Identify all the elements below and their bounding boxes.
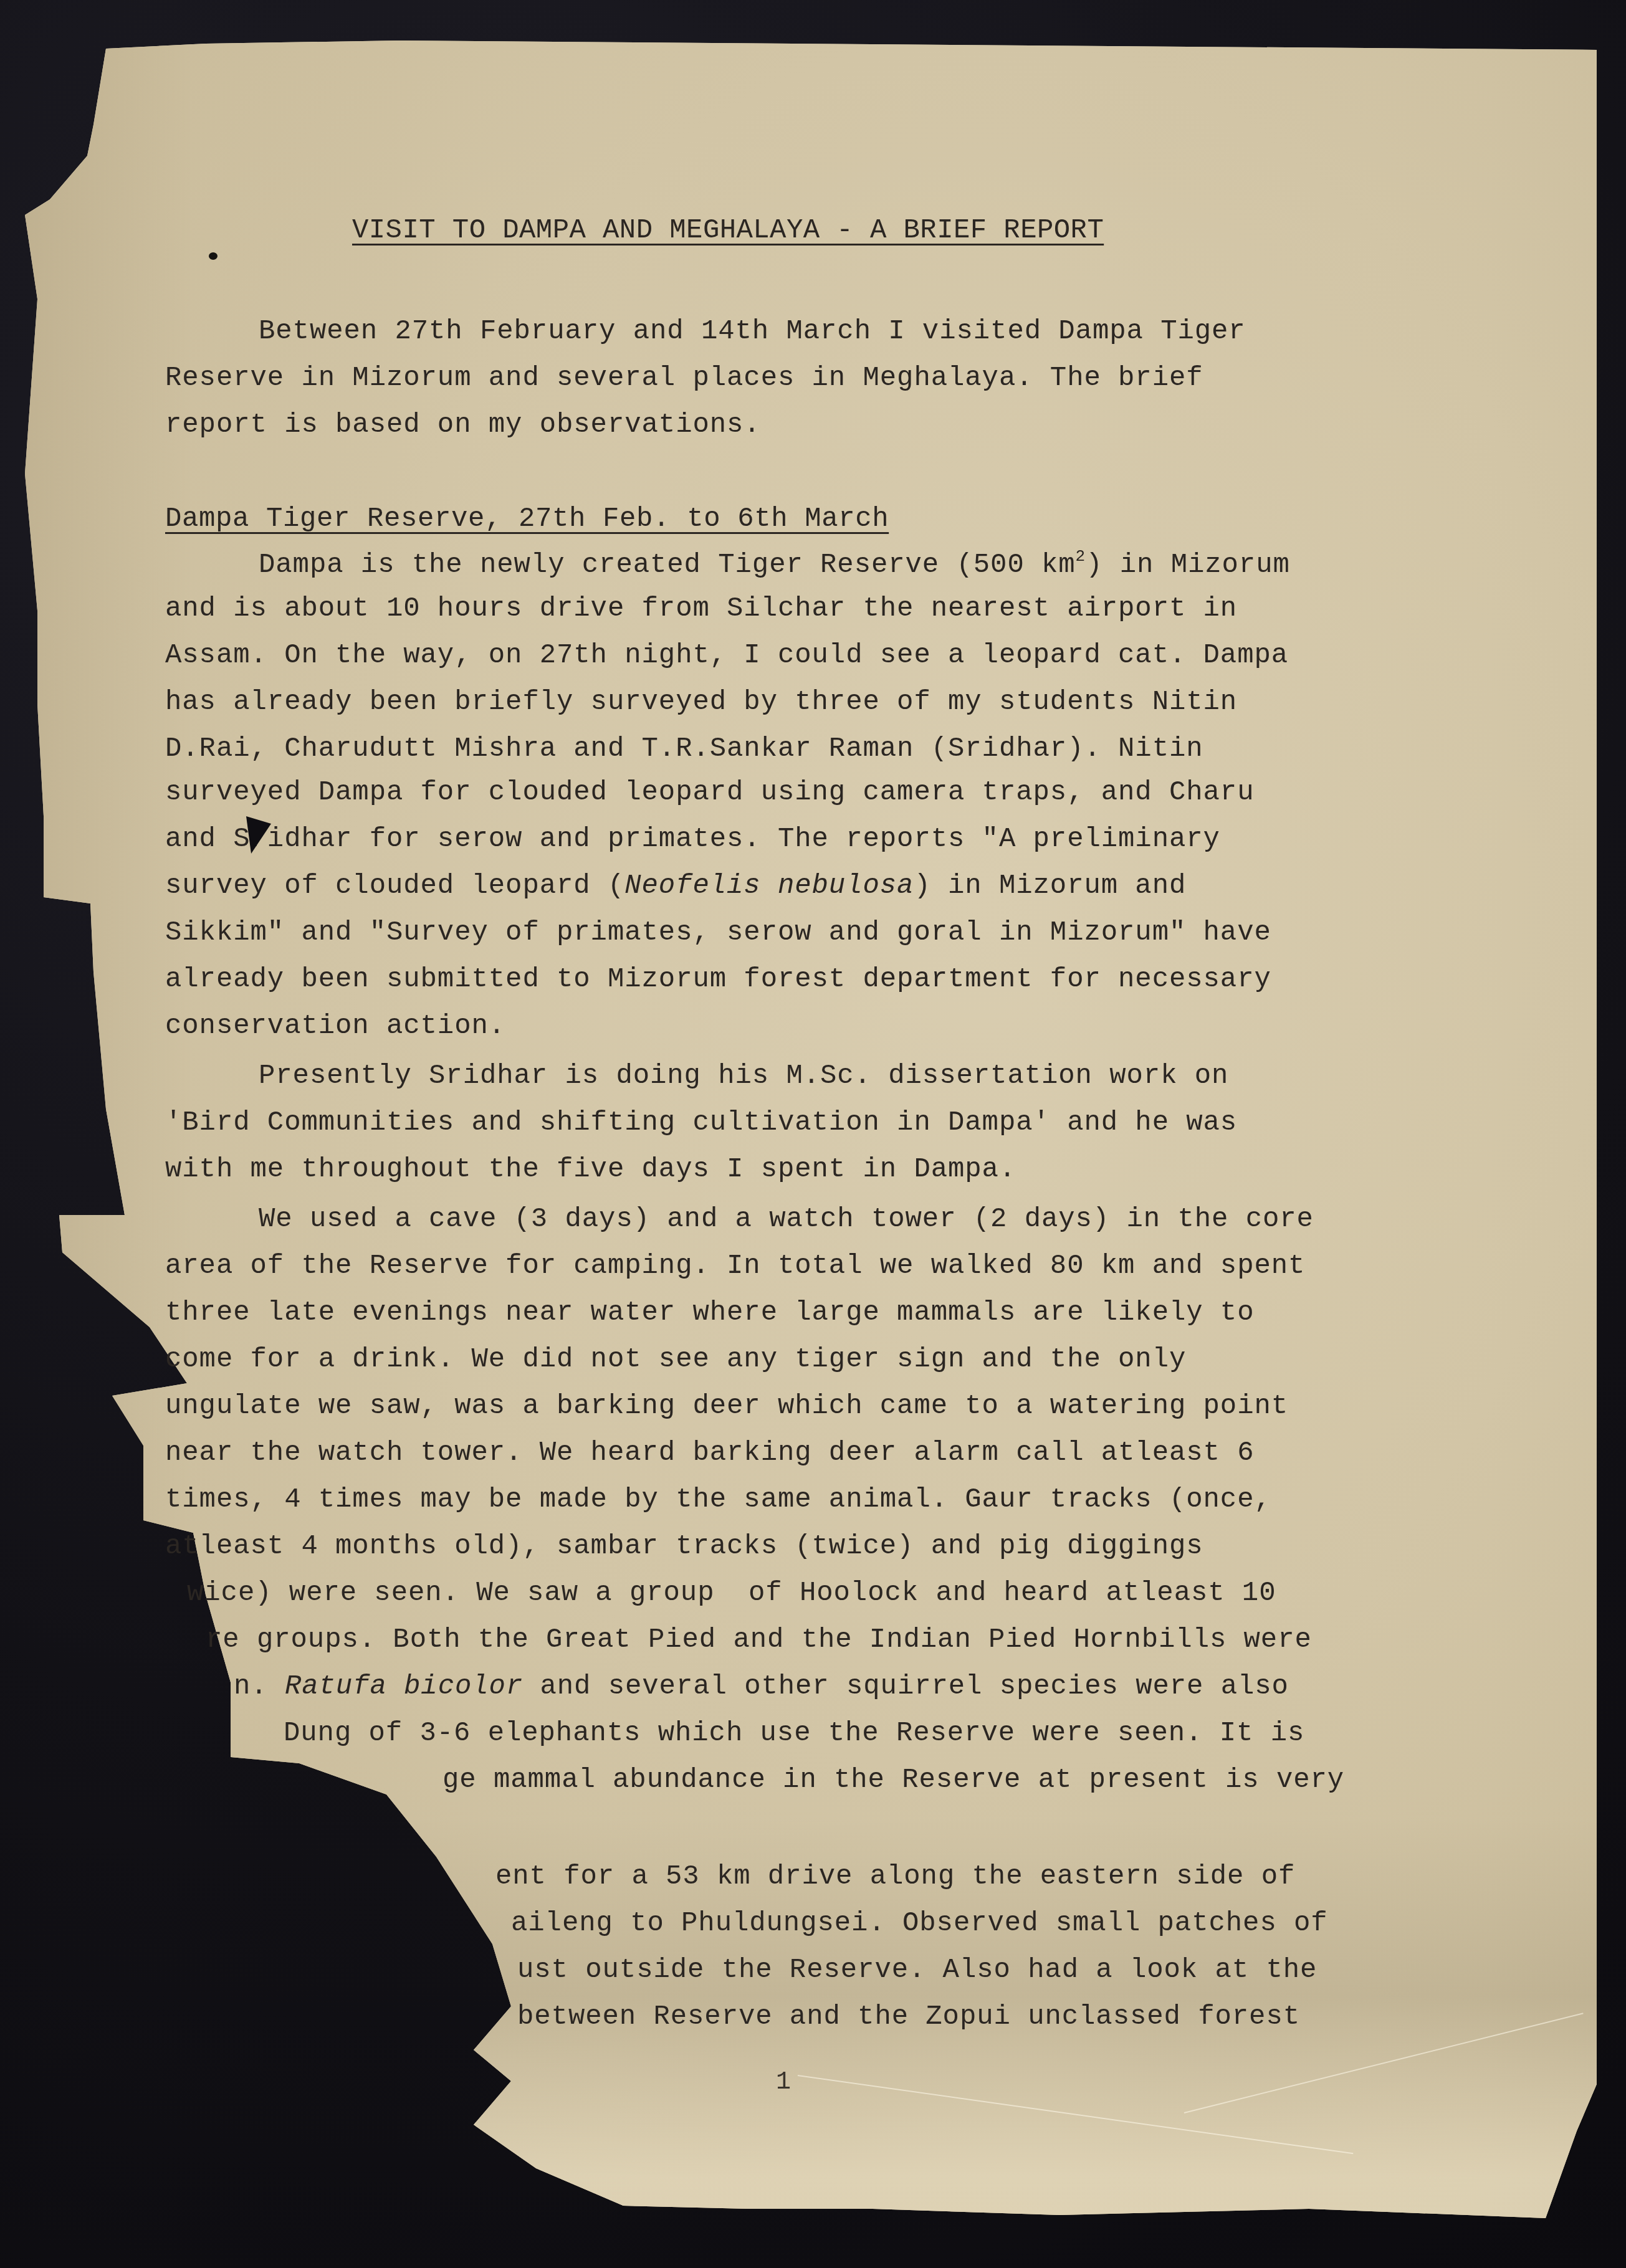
body-line: D.Rai, Charudutt Mishra and T.R.Sankar R… (165, 735, 1203, 763)
body-line: Sikkim" and "Survey of primates, serow a… (165, 919, 1271, 946)
body-line: atleast 4 months old), sambar tracks (tw… (165, 1533, 1203, 1560)
intro-line: Between 27th February and 14th March I v… (259, 318, 1246, 345)
body-line: survey of clouded leopard (Neofelis nebu… (165, 872, 1186, 900)
body-line: aileng to Phuldungsei. Observed small pa… (511, 1910, 1328, 1937)
text-run: survey of clouded leopard ( (165, 870, 624, 902)
text-run: ) in Mizorum (1086, 550, 1290, 581)
body-line: ungulate we saw, was a barking deer whic… (165, 1393, 1288, 1420)
body-line: Assam. On the way, on 27th night, I coul… (165, 642, 1288, 669)
body-line: and is about 10 hours drive from Silchar… (165, 595, 1237, 622)
species-name: Ratufa bicolor (285, 1671, 523, 1702)
body-line: surveyed Dampa for clouded leopard using… (165, 779, 1254, 806)
body-line: and Sridhar for serow and primates. The … (165, 826, 1220, 853)
body-line: with me throughout the five days I spent… (165, 1156, 1016, 1183)
ink-spot (209, 252, 218, 260)
document-title: VISIT TO DAMPA AND MEGHALAYA - A BRIEF R… (352, 215, 1104, 246)
body-line: n. Ratufa bicolor and several other squi… (234, 1673, 1289, 1700)
body-line: ent for a 53 km drive along the eastern … (495, 1863, 1295, 1890)
body-line: Dampa is the newly created Tiger Reserve… (259, 548, 1290, 579)
text-run: and several other squirrel species were … (523, 1671, 1289, 1702)
section-heading: Dampa Tiger Reserve, 27th Feb. to 6th Ma… (165, 503, 889, 535)
body-line: near the watch tower. We heard barking d… (165, 1439, 1254, 1467)
body-line: already been submitted to Mizorum forest… (165, 966, 1271, 993)
body-line: times, 4 times may be made by the same a… (165, 1486, 1271, 1513)
body-line: ust outside the Reserve. Also had a look… (517, 1956, 1317, 1984)
body-line: has already been briefly surveyed by thr… (165, 688, 1237, 716)
body-line: between Reserve and the Zopui unclassed … (517, 2003, 1300, 2031)
species-name: Neofelis nebulosa (624, 870, 914, 902)
body-line: come for a drink. We did not see any tig… (165, 1346, 1186, 1373)
body-line: conservation action. (165, 1012, 505, 1040)
text-run: n. (234, 1671, 285, 1702)
text-run: ) in Mizorum and (914, 870, 1186, 902)
page-number: 1 (776, 2069, 791, 2097)
typed-document: VISIT TO DAMPA AND MEGHALAYA - A BRIEF R… (0, 0, 1626, 2268)
body-line: Presently Sridhar is doing his M.Sc. dis… (259, 1062, 1228, 1090)
intro-line: Reserve in Mizorum and several places in… (165, 364, 1203, 392)
text-run: Dampa is the newly created Tiger Reserve… (259, 550, 1076, 581)
body-line: Dung of 3-6 elephants which use the Rese… (284, 1720, 1304, 1747)
body-line: 'Bird Communities and shifting cultivati… (165, 1109, 1237, 1136)
body-line: We used a cave (3 days) and a watch towe… (259, 1206, 1314, 1233)
body-line: re groups. Both the Great Pied and the I… (206, 1626, 1312, 1654)
body-line: ge mammal abundance in the Reserve at pr… (442, 1766, 1344, 1794)
body-line: wice) were seen. We saw a group of Hoolo… (187, 1579, 1276, 1607)
superscript: 2 (1076, 547, 1086, 566)
body-line: three late evenings near water where lar… (165, 1299, 1254, 1327)
body-line: area of the Reserve for camping. In tota… (165, 1252, 1305, 1280)
intro-line: report is based on my observations. (165, 411, 761, 439)
